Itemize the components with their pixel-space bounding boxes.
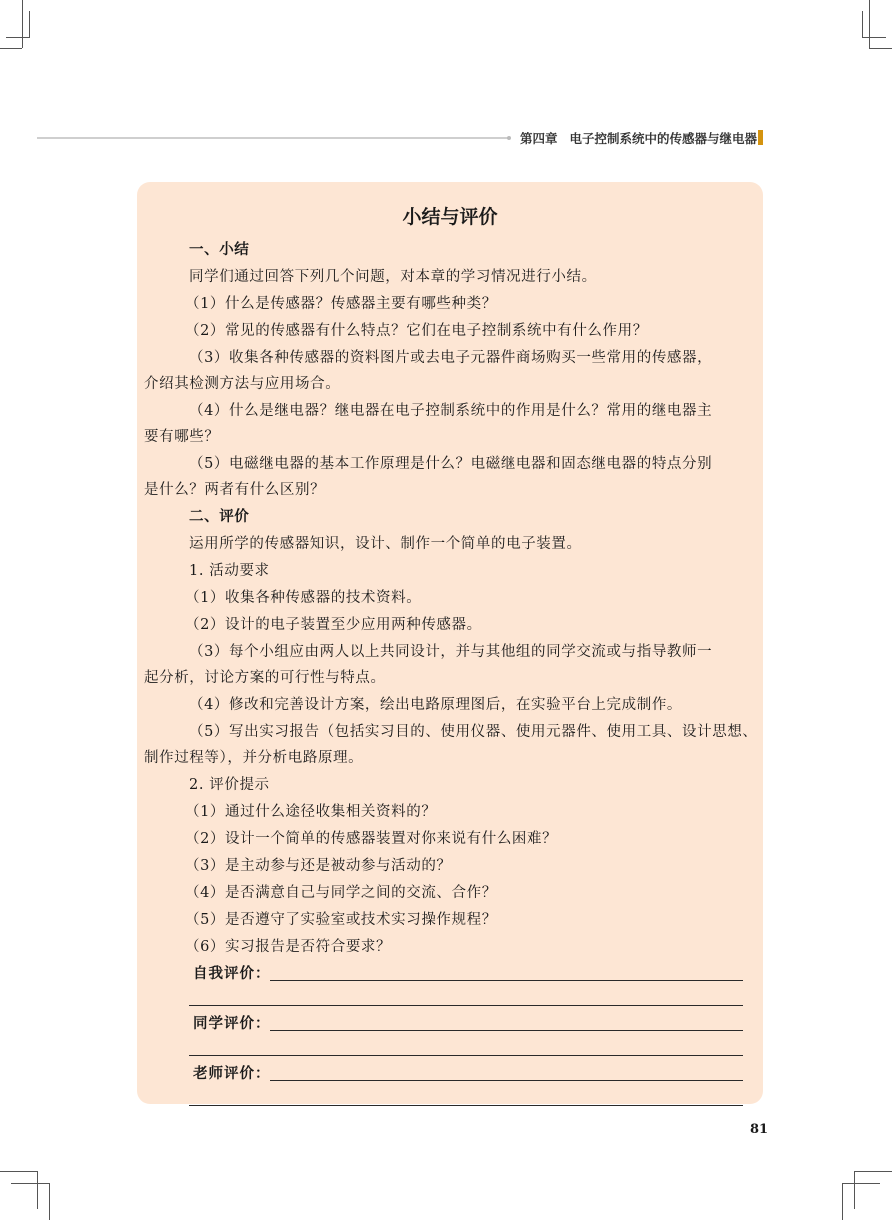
page-number: 81 (750, 1122, 768, 1137)
crop-mark-bottom-left-h2 (11, 1183, 49, 1184)
summary-question-5-line-2: 是什么？两者有什么区别？ (144, 480, 325, 500)
chapter-number: 第四章 (520, 131, 558, 146)
crop-mark-top-left-v2 (29, 11, 30, 37)
activity-item-5-line-2: 制作过程等），并分析电路原理。 (144, 748, 363, 768)
self-evaluation-line-2[interactable] (189, 1005, 743, 1006)
summary-question-3-line-1: （3）收集各种传感器的资料图片或去电子元器件商场购买一些常用的传感器， (189, 348, 712, 368)
crop-mark-bottom-right-v2 (842, 1183, 843, 1220)
crop-mark-bottom-right-h2 (842, 1183, 880, 1184)
peer-evaluation-label: 同学评价： (193, 1014, 271, 1034)
crop-mark-bottom-left-v2 (49, 1183, 50, 1220)
hint-item-5: （5）是否遵守了实验室或技术实习操作规程？ (185, 910, 497, 930)
running-header: 第四章电子控制系统中的传感器与继电器 (520, 129, 757, 147)
evaluation-heading: 二、评价 (189, 507, 249, 527)
activity-item-4: （4）修改和完善设计方案，绘出电路原理图后，在实验平台上完成制作。 (189, 695, 682, 715)
card-title: 小结与评价 (137, 202, 763, 229)
crop-mark-top-left-h2 (6, 37, 30, 38)
activity-item-5-line-1: （5）写出实习报告（包括实习目的、使用仪器、使用元器件、使用工具、设计思想、 (189, 722, 758, 742)
summary-heading: 一、小结 (189, 240, 249, 260)
chapter-accent-bar (758, 130, 763, 145)
activity-heading: 1. 活动要求 (189, 561, 270, 581)
hint-item-3: （3）是主动参与还是被动参与活动的？ (185, 856, 452, 876)
evaluation-intro: 运用所学的传感器知识，设计、制作一个简单的电子装置。 (189, 534, 582, 554)
summary-intro: 同学们通过回答下列几个问题，对本章的学习情况进行小结。 (189, 267, 597, 287)
activity-item-3-line-1: （3）每个小组应由两人以上共同设计，并与其他组的同学交流或与指导教师一 (189, 642, 712, 662)
peer-evaluation-line-1[interactable] (270, 1030, 743, 1031)
self-evaluation-label: 自我评价： (193, 964, 271, 984)
activity-item-3-line-2: 起分析，讨论方案的可行性与特点。 (144, 668, 386, 688)
hint-item-6: （6）实习报告是否符合要求？ (185, 937, 391, 957)
crop-mark-bottom-right-h1 (854, 1171, 892, 1172)
header-rule (37, 137, 509, 139)
hint-item-4: （4）是否满意自己与同学之间的交流、合作？ (185, 883, 497, 903)
self-evaluation-line-1[interactable] (270, 980, 743, 981)
activity-item-1: （1）收集各种传感器的技术资料。 (185, 588, 421, 608)
crop-mark-top-right-h2 (862, 37, 886, 38)
activity-item-2: （2）设计的电子装置至少应用两种传感器。 (185, 615, 482, 635)
chapter-title: 电子控制系统中的传感器与继电器 (570, 131, 758, 146)
summary-question-4-line-1: （4）什么是继电器？继电器在电子控制系统中的作用是什么？常用的继电器主 (189, 401, 712, 421)
hint-item-2: （2）设计一个简单的传感器装置对你来说有什么困难？ (185, 829, 557, 849)
teacher-evaluation-line-1[interactable] (270, 1080, 743, 1081)
header-rule-end-dot (507, 136, 511, 140)
summary-question-5-line-1: （5）电磁继电器的基本工作原理是什么？电磁继电器和固态继电器的特点分别 (189, 454, 712, 474)
crop-mark-top-right-v1 (869, 0, 870, 48)
summary-question-2: （2）常见的传感器有什么特点？它们在电子控制系统中有什么作用？ (185, 321, 648, 341)
summary-question-4-line-2: 要有哪些？ (144, 427, 220, 447)
teacher-evaluation-line-2[interactable] (189, 1105, 743, 1106)
crop-mark-top-left-v1 (22, 0, 23, 48)
teacher-evaluation-label: 老师评价： (193, 1064, 271, 1084)
crop-mark-top-right-h1 (869, 48, 892, 49)
hints-heading: 2. 评价提示 (189, 775, 270, 795)
summary-question-3-line-2: 介绍其检测方法与应用场合。 (144, 374, 340, 394)
crop-mark-bottom-left-h1 (0, 1171, 37, 1172)
crop-mark-bottom-left-v1 (37, 1171, 38, 1209)
summary-evaluation-card: 小结与评价 一、小结 同学们通过回答下列几个问题，对本章的学习情况进行小结。 （… (137, 182, 763, 1104)
crop-mark-top-right-v2 (862, 11, 863, 37)
peer-evaluation-line-2[interactable] (189, 1055, 743, 1056)
hint-item-1: （1）通过什么途径收集相关资料的？ (185, 802, 436, 822)
crop-mark-top-left-h1 (0, 48, 22, 49)
crop-mark-bottom-right-v1 (854, 1171, 855, 1209)
summary-question-1: （1）什么是传感器？传感器主要有哪些种类？ (185, 294, 497, 314)
